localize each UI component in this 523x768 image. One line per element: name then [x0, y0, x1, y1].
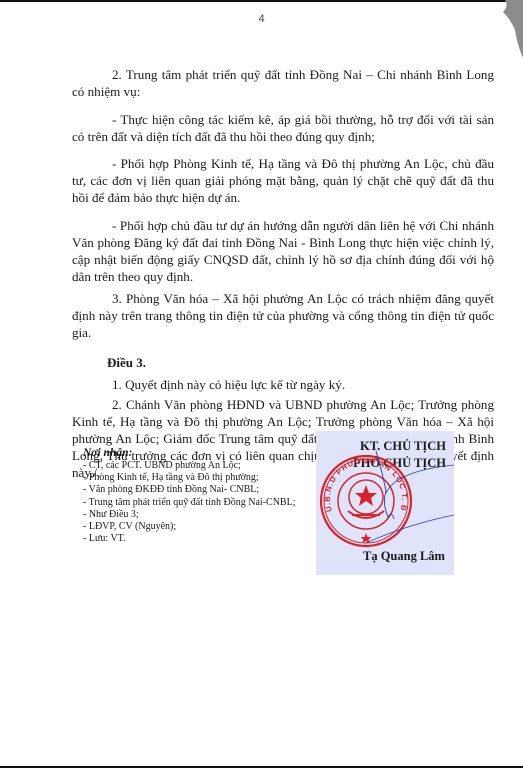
- signature-block: KT. CHỦ TỊCH PHÓ CHỦ TỊCH U.B.N.D PHƯỜNG…: [316, 431, 454, 575]
- recipients-block: Nơi nhận: - CT, các PCT. UBND phường An …: [83, 446, 296, 545]
- paragraph-item2-bullet1: - Thực hiện công tác kiểm kê, áp giá bồi…: [72, 111, 494, 145]
- recipient-item: - Lưu: VT.: [83, 533, 296, 545]
- article3-heading: Điều 3.: [107, 355, 146, 371]
- recipient-item: - Như Điều 3;: [83, 509, 296, 521]
- signer-name: Tạ Quang Lâm: [363, 549, 445, 564]
- recipient-item: - Văn phòng ĐKĐĐ tỉnh Đồng Nai- CNBL;: [83, 484, 296, 496]
- recipient-item: - CT, các PCT. UBND phường An Lộc;: [83, 460, 296, 472]
- scan-edge-top: [0, 0, 523, 2]
- page-number: 4: [0, 13, 523, 25]
- torn-corner-icon: [497, 0, 523, 60]
- paragraph-item2-bullet3: - Phối hợp chủ đầu tư dự án hướng dẫn ng…: [72, 217, 494, 285]
- recipient-item: - LĐVP, CV (Nguyên);: [83, 521, 296, 533]
- paragraph-item3: 3. Phòng Văn hóa – Xã hội phường An Lộc …: [72, 290, 494, 341]
- paragraph-item2-intro: 2. Trung tâm phát triển quỹ đất tỉnh Đồn…: [72, 66, 494, 100]
- paragraph-item2-bullet2: - Phối hợp Phòng Kinh tế, Hạ tầng và Đô …: [72, 155, 494, 206]
- recipients-title: Nơi nhận:: [83, 446, 296, 460]
- recipient-item: - Trung tâm phát triển quỹ đất tỉnh Đồng…: [83, 497, 296, 509]
- paragraph-article3-item1: 1. Quyết định này có hiệu lực kể từ ngày…: [72, 376, 494, 393]
- recipient-item: - Phòng Kinh tế, Hạ tầng và Đô thị phườn…: [83, 472, 296, 484]
